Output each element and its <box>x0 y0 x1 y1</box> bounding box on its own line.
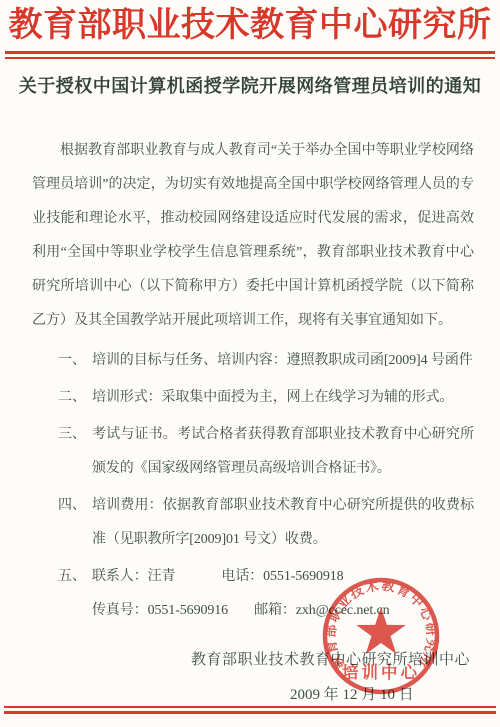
list-item-number: 一、 <box>58 344 92 378</box>
email-label: 邮箱： <box>254 603 296 618</box>
phone-number: 0551-5690918 <box>263 569 343 584</box>
contact-row-1: 联系人：汪青电话：0551-5690918 <box>92 569 344 584</box>
contact-name: 汪青 <box>148 569 176 584</box>
fax-number: 0551-5690916 <box>148 603 228 618</box>
contact-label: 联系人： <box>92 569 148 584</box>
email-group: 邮箱：zxh@ccec.net.cn <box>254 603 389 618</box>
list-item: 四、 培训费用：依据教育部职业技术教育中心研究所提供的收费标准（见职教所字[20… <box>32 489 474 557</box>
list-item-text: 培训形式：采取集中面授为主，网上在线学习为辅的形式。 <box>92 381 474 415</box>
list-item: 一、 培训的目标与任务、培训内容：遵照教职成司函[2009]4 号函件 <box>32 344 474 378</box>
footer-double-rule <box>4 706 496 714</box>
email-address: zxh@ccec.net.cn <box>296 603 390 618</box>
list-item-number: 二、 <box>58 381 92 415</box>
list-item-text: 培训的目标与任务、培训内容：遵照教职成司函[2009]4 号函件 <box>92 344 474 378</box>
document-page: 教育部职业技术教育中心研究所 关于授权中国计算机函授学院开展网络管理员培训的通知… <box>0 0 500 727</box>
contact-row-2: 传真号：0551-5690916邮箱：zxh@ccec.net.cn <box>92 603 390 618</box>
document-title: 关于授权中国计算机函授学院开展网络管理员培训的通知 <box>0 72 500 98</box>
document-body: 根据教育部职业教育与成人教育司“关于举办全国中等职业学校网络管理员培训”的决定，… <box>32 134 474 628</box>
letterhead-org-title: 教育部职业技术教育中心研究所 <box>0 0 500 46</box>
date-line: 2009 年 12 月 10 日 <box>290 683 414 704</box>
list-item-number: 五、 <box>58 560 92 628</box>
numbered-list: 一、 培训的目标与任务、培训内容：遵照教职成司函[2009]4 号函件 二、 培… <box>32 344 474 628</box>
letterhead-double-rule <box>5 51 495 59</box>
list-item-number: 四、 <box>58 489 92 557</box>
list-item-number: 三、 <box>58 418 92 486</box>
list-item: 三、 考试与证书。考试合格者获得教育部职业技术教育中心研究所颁发的《国家级网络管… <box>32 418 474 486</box>
phone-label: 电话： <box>221 569 263 584</box>
signature-line: 教育部职业技术教育中心研究所培训中心 <box>191 648 470 669</box>
phone-group: 电话：0551-5690918 <box>221 569 343 584</box>
fax-label: 传真号： <box>92 603 148 618</box>
list-item: 二、 培训形式：采取集中面授为主，网上在线学习为辅的形式。 <box>32 381 474 415</box>
contact-block: 联系人：汪青电话：0551-5690918 传真号：0551-5690916邮箱… <box>92 560 474 628</box>
list-item-contacts: 五、 联系人：汪青电话：0551-5690918 传真号：0551-569091… <box>32 560 474 628</box>
intro-paragraph: 根据教育部职业教育与成人教育司“关于举办全国中等职业学校网络管理员培训”的决定，… <box>32 134 474 338</box>
list-item-text: 考试与证书。考试合格者获得教育部职业技术教育中心研究所颁发的《国家级网络管理员高… <box>92 418 474 486</box>
list-item-text: 培训费用：依据教育部职业技术教育中心研究所提供的收费标准（见职教所字[2009]… <box>92 489 474 557</box>
